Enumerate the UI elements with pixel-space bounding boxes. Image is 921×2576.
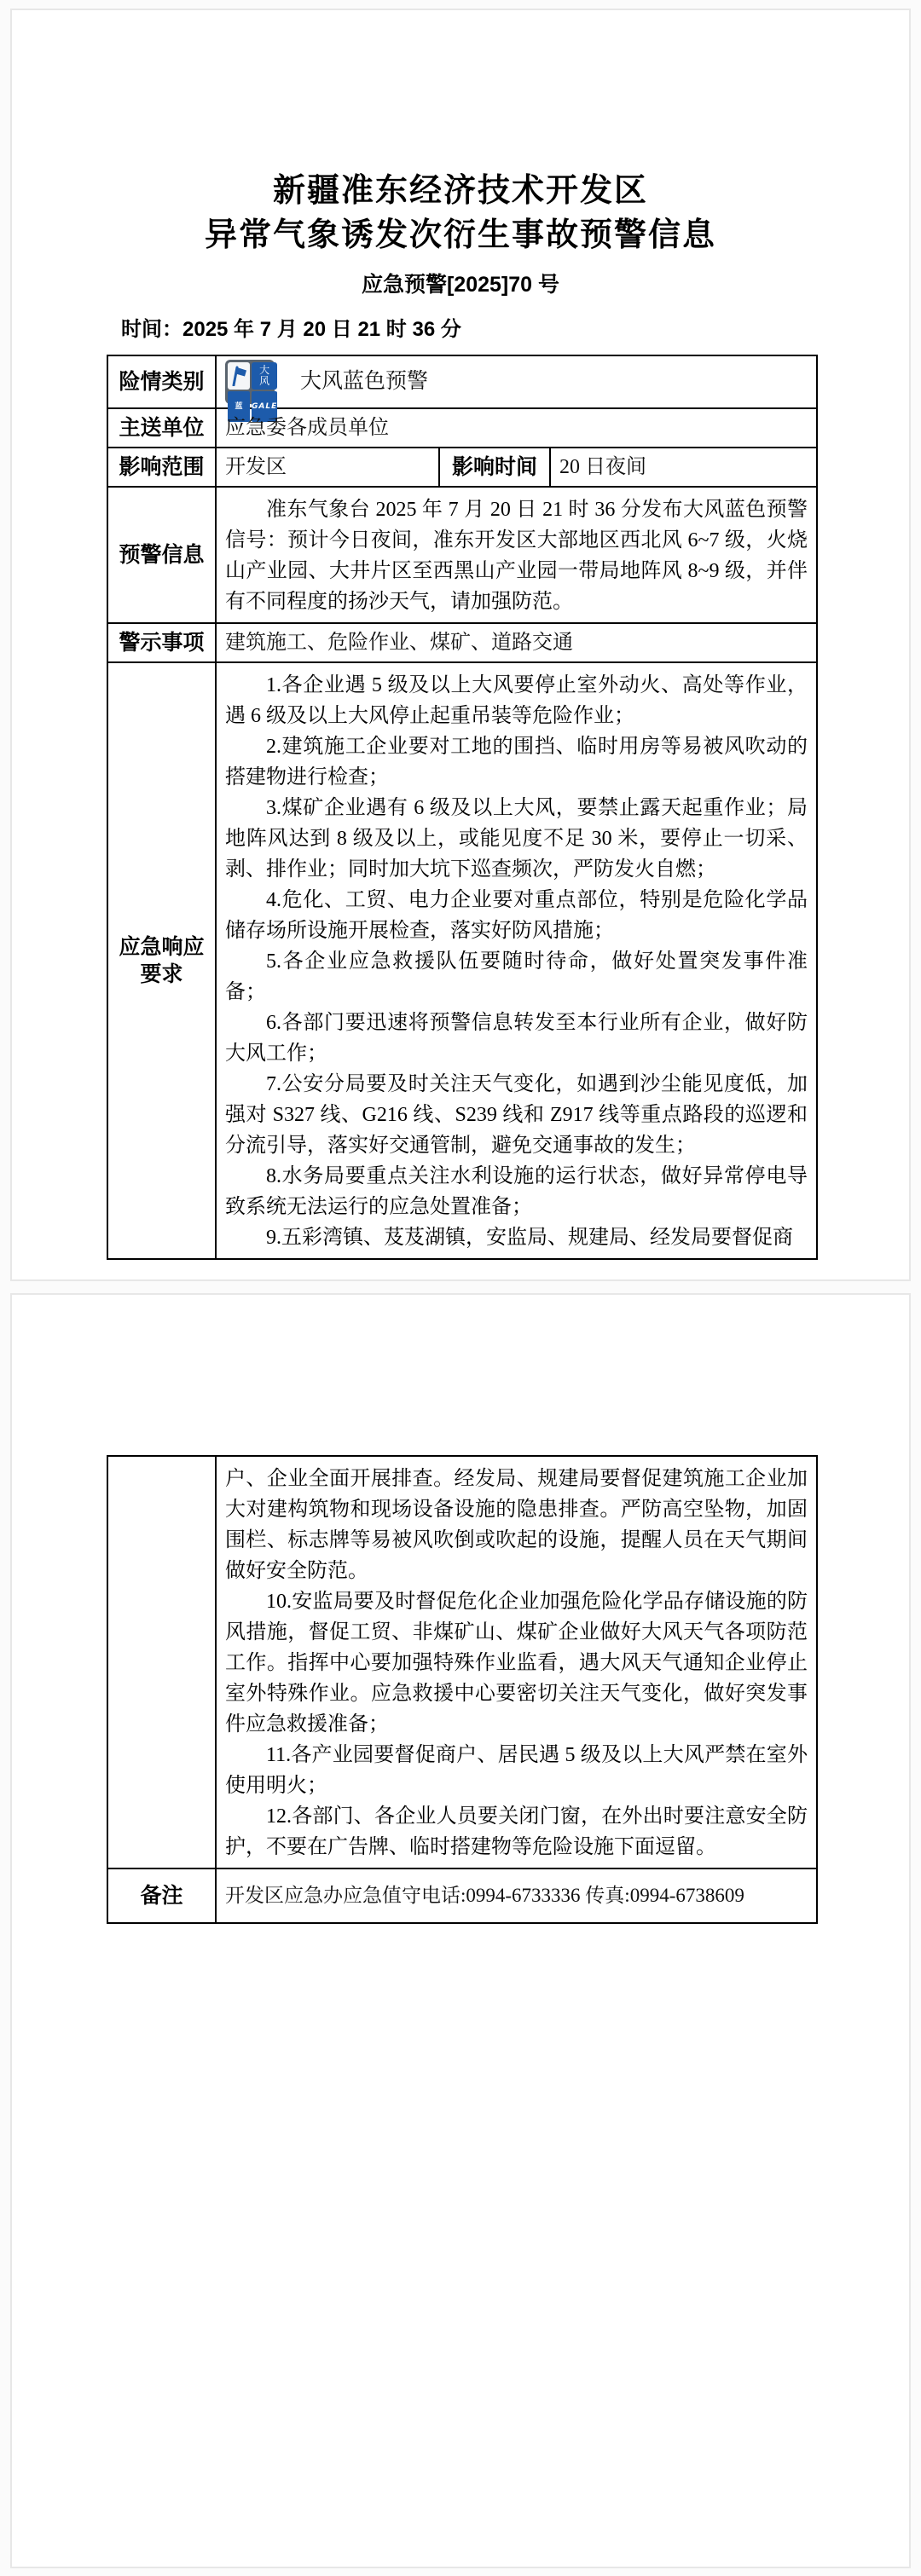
warning-info-value: 准东气象台 2025 年 7 月 20 日 21 时 36 分发布大风蓝色预警信… (216, 487, 817, 623)
row-scope: 影响范围 开发区 影响时间 20 日夜间 (107, 448, 817, 487)
response-item-7: 7.公安分局要及时关注天气变化，如遇到沙尘能见度低，加强对 S327 线、G21… (225, 1069, 808, 1161)
remark-label: 备注 (107, 1868, 216, 1923)
recipients-label: 主送单位 (107, 408, 216, 448)
issue-time: 时间：2025 年 7 月 20 日 21 时 36 分 (121, 317, 909, 343)
response-item-8: 8.水务局要重点关注水利设施的运行状态，做好异常停电导致系统无法运行的应急处置准… (225, 1161, 808, 1222)
page-1: 新疆准东经济技术开发区 异常气象诱发次衍生事故预警信息 应急预警[2025]70… (10, 9, 911, 1281)
page-2: 户、企业全面开展排查。经发局、规建局要督促建筑施工企业加大对建构筑物和现场设备设… (10, 1293, 911, 2568)
warning-info-table: 险情类别 大风 蓝 GALE 大风蓝色预警 (107, 355, 818, 1260)
gale-blue-warning-icon: 大风 蓝 GALE (225, 360, 275, 404)
risk-type-value: 大风蓝色预警 (300, 367, 428, 397)
response-item-12: 12.各部门、各企业人员要关闭门窗，在外出时要注意安全防护，不要在广告牌、临时搭… (225, 1801, 808, 1863)
row-response-continued: 户、企业全面开展排查。经发局、规建局要督促建筑施工企业加大对建构筑物和现场设备设… (107, 1456, 817, 1868)
warning-items-label: 警示事项 (107, 623, 216, 662)
row-risk-type: 险情类别 大风 蓝 GALE 大风蓝色预警 (107, 355, 817, 408)
impact-time-value: 20 日夜间 (550, 448, 817, 487)
title-line-1: 新疆准东经济技术开发区 (12, 169, 909, 213)
doc-number: 应急预警[2025]70 号 (12, 271, 909, 298)
impact-time-label: 影响时间 (439, 448, 550, 487)
response-item-4: 4.危化、工贸、电力企业要对重点部位，特别是危险化学品储存场所设施开展检查，落实… (225, 885, 808, 946)
flag-glyph (230, 366, 247, 386)
response-item-9-start: 9.五彩湾镇、芨芨湖镇，安监局、规建局、经发局要督促商 (225, 1222, 808, 1253)
warning-info-table-continued: 户、企业全面开展排查。经发局、规建局要督促建筑施工企业加大对建构筑物和现场设备设… (107, 1455, 818, 1924)
response-item-9-continued: 户、企业全面开展排查。经发局、规建局要督促建筑施工企业加大对建构筑物和现场设备设… (225, 1464, 808, 1586)
title-line-2: 异常气象诱发次衍生事故预警信息 (12, 213, 909, 257)
remark-value: 开发区应急办应急值守电话:0994-6733336 传真:0994-673860… (216, 1868, 817, 1923)
warning-info-label: 预警信息 (107, 487, 216, 623)
row-recipients: 主送单位 应急委各成员单位 (107, 408, 817, 448)
risk-type-value-cell: 大风 蓝 GALE 大风蓝色预警 (216, 355, 817, 408)
recipients-value: 应急委各成员单位 (216, 408, 817, 448)
gale-name-badge: 大风 (252, 362, 277, 390)
row-warning-items: 警示事项 建筑施工、危险作业、煤矿、道路交通 (107, 623, 817, 662)
response-item-3: 3.煤矿企业遇有 6 级及以上大风，要禁止露天起重作业；局地阵风达到 8 级及以… (225, 793, 808, 885)
response-item-6: 6.各部门要迅速将预警信息转发至本行业所有企业，做好防大风工作； (225, 1008, 808, 1069)
response-label-empty (107, 1456, 216, 1868)
warning-info-paragraph: 准东气象台 2025 年 7 月 20 日 21 时 36 分发布大风蓝色预警信… (225, 494, 808, 617)
response-item-5: 5.各企业应急救援队伍要随时待命，做好处置突发事件准备； (225, 946, 808, 1008)
response-item-2: 2.建筑施工企业要对工地的围挡、临时用房等易被风吹动的搭建物进行检查； (225, 731, 808, 793)
row-remark: 备注 开发区应急办应急值守电话:0994-6733336 传真:0994-673… (107, 1868, 817, 1923)
row-response-requirements: 应急响应要求 1.各企业遇 5 级及以上大风要停止室外动火、高处等作业，遇 6 … (107, 662, 817, 1259)
scope-value: 开发区 (216, 448, 439, 487)
scope-label: 影响范围 (107, 448, 216, 487)
document-viewer: { "colors": { "accent_blue": "#1d5bab", … (0, 0, 921, 2576)
warning-items-value: 建筑施工、危险作业、煤矿、道路交通 (216, 623, 817, 662)
response-item-1: 1.各企业遇 5 级及以上大风要停止室外动火、高处等作业，遇 6 级及以上大风停… (225, 670, 808, 731)
row-warning-info: 预警信息 准东气象台 2025 年 7 月 20 日 21 时 36 分发布大风… (107, 487, 817, 623)
document-title: 新疆准东经济技术开发区 异常气象诱发次衍生事故预警信息 (12, 169, 909, 257)
response-item-10: 10.安监局要及时督促危化企业加强危险化学品存储设施的防风措施，督促工贸、非煤矿… (225, 1586, 808, 1740)
wind-flag-icon (228, 362, 250, 390)
response-label: 应急响应要求 (107, 662, 216, 1259)
risk-type-label: 险情类别 (107, 355, 216, 408)
response-items: 1.各企业遇 5 级及以上大风要停止室外动火、高处等作业，遇 6 级及以上大风停… (216, 662, 817, 1259)
response-item-11: 11.各产业园要督促商户、居民遇 5 级及以上大风严禁在室外使用明火； (225, 1740, 808, 1801)
response-items-continued: 户、企业全面开展排查。经发局、规建局要督促建筑施工企业加大对建构筑物和现场设备设… (216, 1456, 817, 1868)
